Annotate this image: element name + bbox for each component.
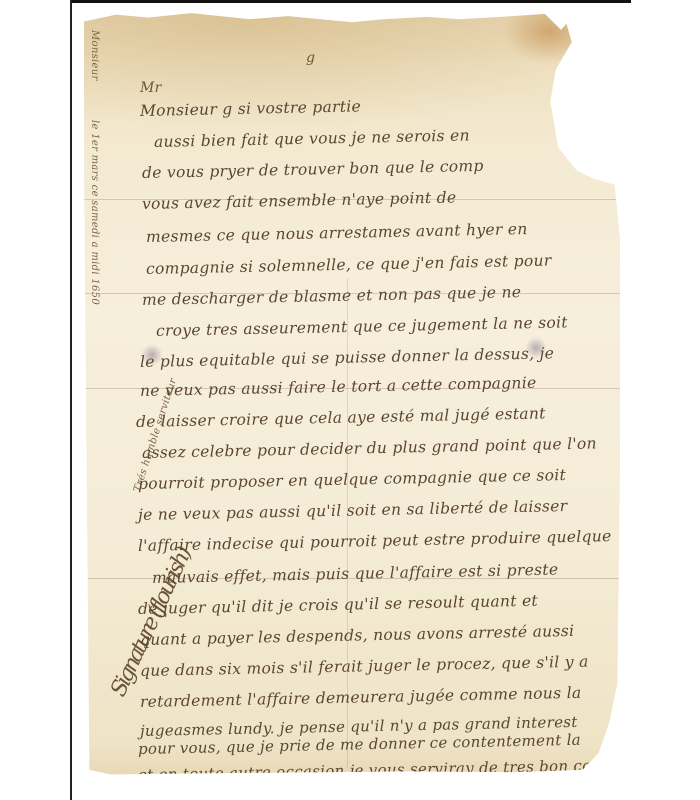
letter-line: que dans six mois s'il ferait juger le p… [140,652,589,679]
image-frame-top [70,0,631,3]
letter-line: pourroit proposer en quelque compagnie q… [138,466,566,493]
paper-stain-corner [502,10,582,64]
letter-line: croye tres asseurement que ce jugement l… [156,313,568,340]
letter-line: compagnie si solemnelle, ce que j'en fai… [146,251,552,277]
letter-line: et en toute autre occasion je vous servi… [138,756,618,784]
letter-line: assez celebre pour decider du plus grand… [142,435,597,463]
image-frame-left [70,0,72,800]
letter-line: retardement l'affaire demeurera jugée co… [140,684,582,711]
letter-line: de vous pryer de trouver bon que le comp [142,157,484,182]
letter-line: je ne veux pas aussi qu'il soit en sa li… [138,497,568,524]
letter-line: l'affaire indecise qui pourroit peut est… [138,527,612,555]
letter-line: quant a payer les despends, nous avons a… [140,622,575,649]
margin-note-date: le 1er mars ce samedi a midi 1650 [89,120,100,305]
letter-paper: Mr g Monsieur le 1er mars ce samedi a mi… [84,10,620,776]
margin-note-top: Monsieur [89,30,100,81]
letter-line: mauvais effet, mais puis que l'affaire e… [152,560,559,587]
letter-line: me descharger de blasme et non pas que j… [142,283,522,309]
header-mark: Mr [140,80,162,96]
header-mark: g [306,50,315,66]
letter-line: de laisser croire que cela aye esté mal … [136,404,546,431]
letter-line: mesmes ce que nous arrestames avant hyer… [146,220,528,246]
letter-line: vous avez fait ensemble n'aye point de [142,189,457,214]
letter-line: ne veux pas aussi faire le tort a cette … [140,374,537,400]
letter-line: de juger qu'il dit je crois qu'il se res… [138,591,538,617]
